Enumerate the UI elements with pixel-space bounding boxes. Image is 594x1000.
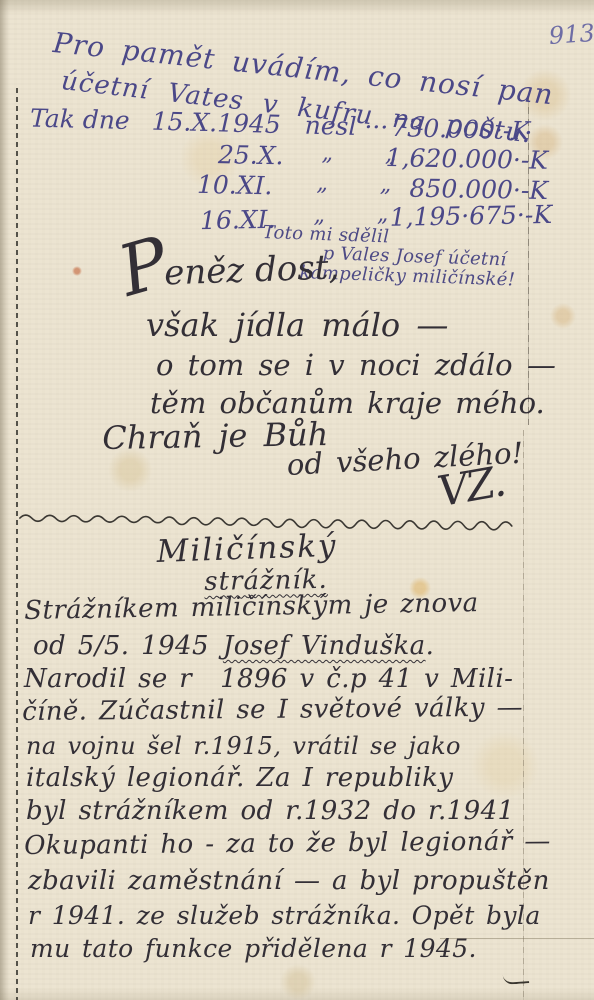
- chronicle-page-scan: 913 Pro pamět uvádím, co nosí pan účetní…: [0, 0, 594, 1000]
- article-line: číně. Zúčastnil se I světové války —: [22, 693, 523, 727]
- ditto-mark: „: [321, 141, 333, 166]
- article-line: italský legionář. Za I republiky: [26, 763, 453, 793]
- ledger-row: 25.X.„„1,620.000·-K: [218, 140, 548, 175]
- ledger-intro: Tak dne: [30, 103, 130, 135]
- article-line: na vojnu šel r.1915, vrátil se jako: [26, 732, 461, 760]
- ledger-amount: 1,620.000·-K: [385, 143, 548, 175]
- poem-line-4: těm občanům kraje mého.: [150, 386, 545, 420]
- article-line-2-prefix: od 5/5. 1945: [33, 631, 209, 661]
- article-heading-line-1: Miličínský: [156, 528, 338, 570]
- poem-line-3: o tom se i v noci zdálo —: [156, 348, 556, 382]
- left-margin-dashed-line: [16, 88, 18, 1000]
- page-number: 913: [548, 19, 594, 50]
- poem-line-1: Peněz dost,: [118, 235, 340, 295]
- article-line: byl strážníkem od r.1932 do r.1941: [26, 796, 514, 826]
- person-name-underlined: Josef Vinduška: [223, 631, 426, 661]
- ditto-mark: „: [377, 202, 389, 227]
- ledger-amount: 1,195·675·-K: [389, 200, 552, 232]
- poem-line-1-text: eněz dost,: [164, 247, 340, 293]
- article-line: Strážníkem miličínským je znova: [24, 588, 479, 626]
- ditto-mark: „: [316, 171, 328, 196]
- pen-tick-mark: [503, 973, 530, 985]
- ledger-carried-label: nesl ···: [304, 111, 388, 142]
- ledger-date: 10.XI.: [197, 170, 273, 200]
- author-monogram: VZ.: [434, 457, 508, 517]
- ditto-mark: „: [380, 172, 392, 197]
- article-line-3-prefix: Narodil se r: [24, 664, 192, 694]
- article-line: r 1941. ze služeb strážníka. Opět byla: [28, 901, 541, 930]
- ledger-row: 10.XI.„„850.000·-K: [197, 170, 548, 205]
- article-line: Narodil se r1896 v č.p 41 v Mili-: [24, 664, 513, 694]
- ledger-date: 15.X.1945: [151, 107, 281, 139]
- ledger-date: 25.X.: [218, 140, 284, 170]
- poem-initial-letter: P: [116, 242, 170, 291]
- article-line: Okupanti ho - za to že byl legionář —: [24, 826, 551, 861]
- ledger-amount: 730.000·-K: [391, 113, 530, 146]
- article-line: od 5/5. 1945Josef Vinduška.: [33, 631, 434, 661]
- article-line: mu tato funkce přidělena r 1945.: [30, 934, 477, 963]
- article-line: zbavili zaměstnání — a byl propuštěn: [28, 866, 550, 896]
- poem-line-2: však jídla málo —: [146, 306, 448, 344]
- article-line-2-suffix: .: [426, 631, 435, 661]
- article-line-3-rest: 1896 v č.p 41 v Mili-: [220, 664, 513, 694]
